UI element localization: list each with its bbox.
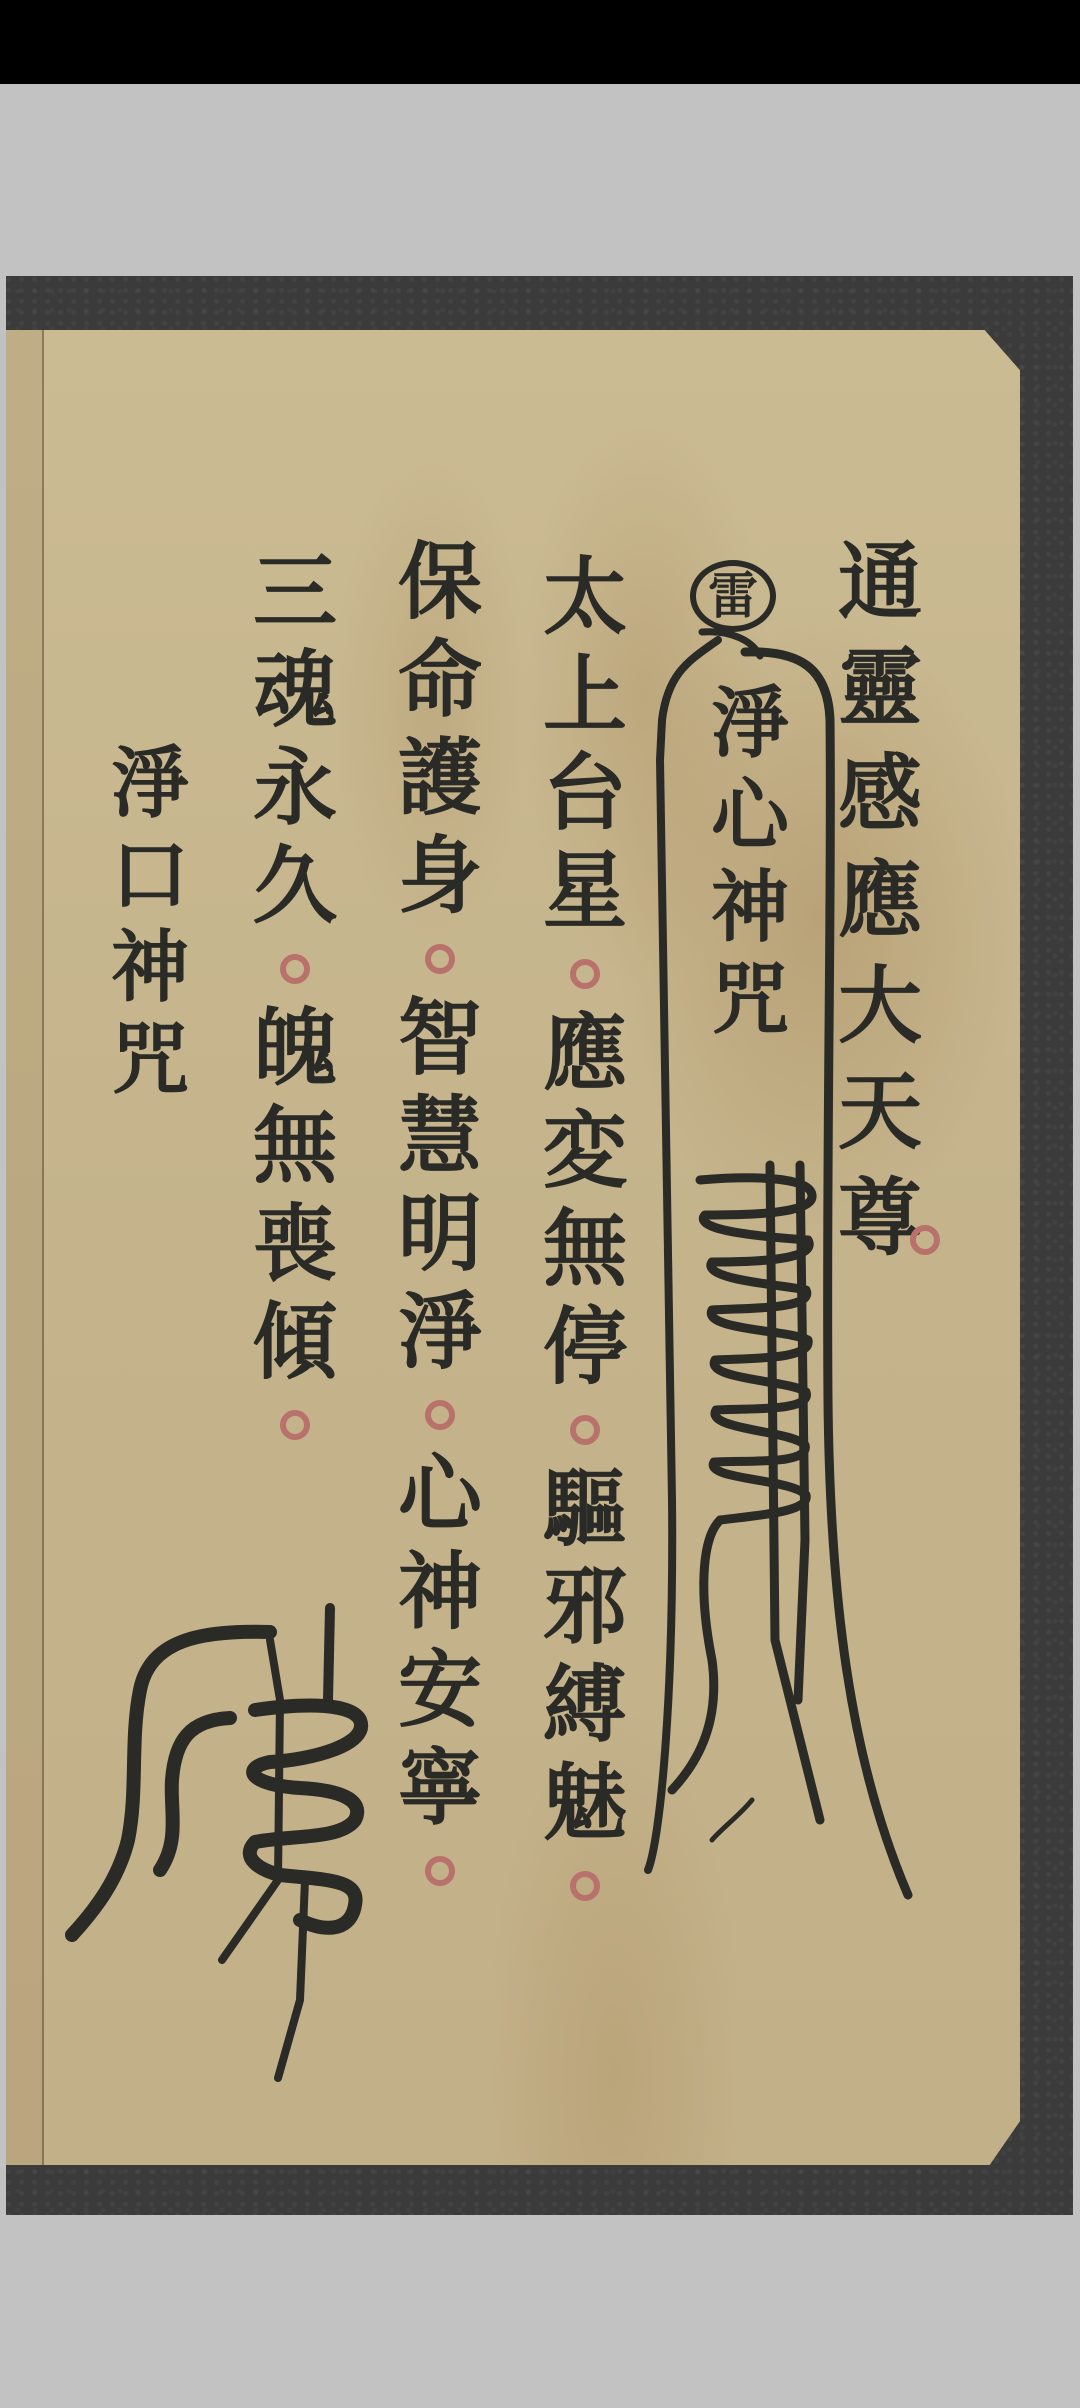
talisman-drawings <box>0 0 1080 2408</box>
lower-left-talisman-icon <box>72 1608 361 2078</box>
thunder-talisman-icon <box>672 1165 820 1840</box>
